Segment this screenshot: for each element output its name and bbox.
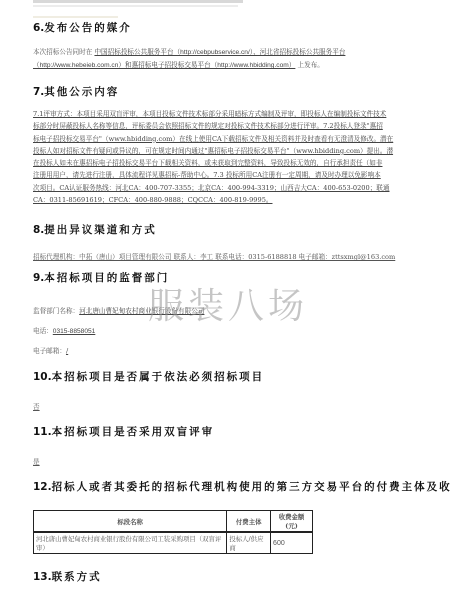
col-fee-amount: 收费金额(元) [271,511,313,533]
platform-link-2[interactable]: （http://www.hebeieb.com.cn）和惠招标电子招投标交易平台… [33,62,295,69]
document-page: 6.发布公告的媒介 本次招标公告同时在 中国招标投标公共服务平台（http://… [0,0,450,600]
supervision-phone: 0315-8858051 [53,328,96,335]
cropped-text-line [33,5,238,7]
payer-cell: 投标人/供应商 [227,532,271,554]
platform-link-1[interactable]: 中国招标投标公共服务平台（http://cebpubservice.cn/）、河… [94,49,345,56]
section-12-heading: 12.招标人或者其委托的招标代理机构使用的第三方交易平台的付费主体及收费标准 [33,479,450,494]
supervision-dept-name: 河北唐山曹妃甸农村商业银行股份有限公司 [79,307,204,315]
section-10-heading: 10.本招标项目是否属于依法必须招标项目 [33,369,264,384]
fee-amount-cell: 600 [271,532,313,554]
double-blind-answer: 是 [33,456,40,466]
section-13-heading: 13.联系方式 [33,569,102,584]
col-payer: 付费主体 [227,511,271,533]
table-row: 河北唐山曹妃甸农村商业银行股份有限公司工装采购项目（双盲评审） 投标人/供应商 … [34,532,313,554]
col-lot-name: 标段名称 [34,511,227,533]
cropped-text-line [33,16,118,18]
mandatory-bidding-answer: 否 [33,401,40,411]
supervision-email-row: 电子邮箱：/ [33,345,68,355]
section-8-heading: 8.提出异议渠道和方式 [33,222,157,237]
fee-table-header: 标段名称 付费主体 收费金额(元) [34,511,313,533]
supervision-dept-row: 监督部门名称：河北唐山曹妃甸农村商业银行股份有限公司 [33,305,204,315]
section-11-heading: 11.本招标项目是否采用双盲评审 [33,424,214,439]
supervision-email: / [66,347,68,355]
section-7-heading: 7.其他公示内容 [33,84,119,99]
section-6-body: 本次招标公告同时在 中国招标投标公共服务平台（http://cebpubserv… [33,46,433,73]
section-9-heading: 9.本招标项目的监督部门 [33,270,169,285]
section-6-heading: 6.发布公告的媒介 [33,20,132,35]
section-7-body: 7.1评审方式：本项目采用双盲评审，本项目投标文件技术标部分采用暗标方式编制及评… [33,108,433,206]
lot-name-cell: 河北唐山曹妃甸农村商业银行股份有限公司工装采购项目（双盲评审） [34,532,227,554]
cropped-text-line [33,0,243,3]
watermark: 服装八场 [148,278,308,329]
fee-table: 标段名称 付费主体 收费金额(元) 河北唐山曹妃甸农村商业银行股份有限公司工装采… [33,510,313,554]
objection-contact-info: 招标代理机构：中拓（唐山）项目管理有限公司 联系人：李工 联系电话：0315-6… [33,251,395,261]
supervision-phone-row: 电话：0315-8858051 [33,325,95,335]
